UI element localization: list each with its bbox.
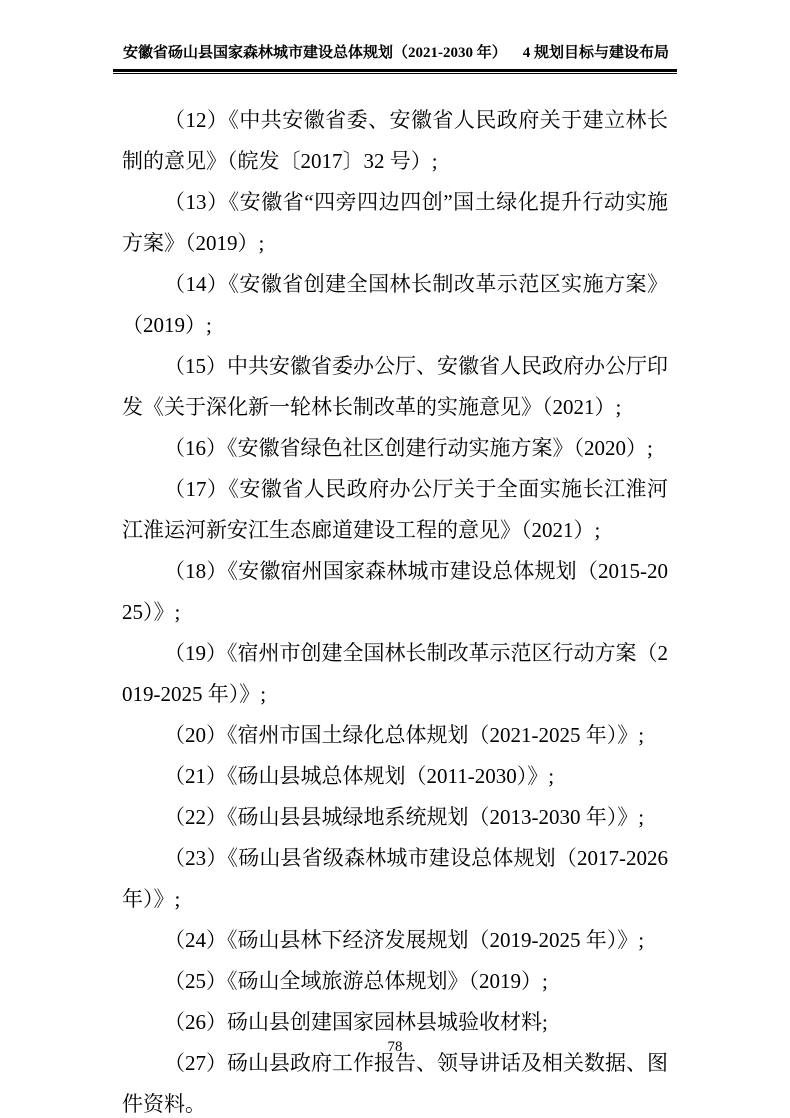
document-page: 安徽省砀山县国家森林城市建设总体规划（2021-2030 年） 4 规划目标与建… — [0, 0, 790, 1118]
page-header: 安徽省砀山县国家森林城市建设总体规划（2021-2030 年） 4 规划目标与建… — [113, 44, 677, 74]
reference-item-26: （26）砀山县创建国家园林县城验收材料; — [122, 1002, 668, 1043]
reference-list: （12）《中共安徽省委、安徽省人民政府关于建立林长制的意见》（皖发〔2017〕3… — [122, 100, 668, 1118]
reference-item-17: （17）《安徽省人民政府办公厅关于全面实施长江淮河江淮运河新安江生态廊道建设工程… — [122, 469, 668, 551]
page-header-row: 安徽省砀山县国家森林城市建设总体规划（2021-2030 年） 4 规划目标与建… — [113, 44, 677, 69]
reference-item-13: （13）《安徽省“四旁四边四创”国土绿化提升行动实施方案》（2019）; — [122, 182, 668, 264]
reference-item-22: （22）《砀山县县城绿地系统规划（2013-2030 年）》; — [122, 797, 668, 838]
reference-item-23: （23）《砀山县省级森林城市建设总体规划（2017-2026 年）》; — [122, 838, 668, 920]
reference-item-15: （15）中共安徽省委办公厅、安徽省人民政府办公厅印发《关于深化新一轮林长制改革的… — [122, 346, 668, 428]
reference-item-24: （24）《砀山县林下经济发展规划（2019-2025 年）》; — [122, 920, 668, 961]
page-number: 78 — [388, 1039, 403, 1055]
reference-item-25: （25）《砀山全域旅游总体规划》（2019）; — [122, 961, 668, 1002]
reference-item-12: （12）《中共安徽省委、安徽省人民政府关于建立林长制的意见》（皖发〔2017〕3… — [122, 100, 668, 182]
reference-item-14: （14）《安徽省创建全国林长制改革示范区实施方案》（2019）; — [122, 264, 668, 346]
header-document-title: 安徽省砀山县国家森林城市建设总体规划（2021-2030 年） — [123, 44, 507, 62]
reference-item-19: （19）《宿州市创建全国林长制改革示范区行动方案（2019-2025 年）》; — [122, 633, 668, 715]
header-rule-thick — [113, 69, 677, 72]
header-section-title: 4 规划目标与建设布局 — [523, 44, 669, 62]
reference-item-18: （18）《安徽宿州国家森林城市建设总体规划（2015-2025）》; — [122, 551, 668, 633]
header-rule-thin — [113, 73, 677, 74]
reference-item-16: （16）《安徽省绿色社区创建行动实施方案》（2020）; — [122, 428, 668, 469]
page-footer: 78 — [0, 1038, 790, 1056]
reference-item-20: （20）《宿州市国土绿化总体规划（2021-2025 年）》; — [122, 715, 668, 756]
reference-item-21: （21）《砀山县城总体规划（2011-2030）》; — [122, 756, 668, 797]
